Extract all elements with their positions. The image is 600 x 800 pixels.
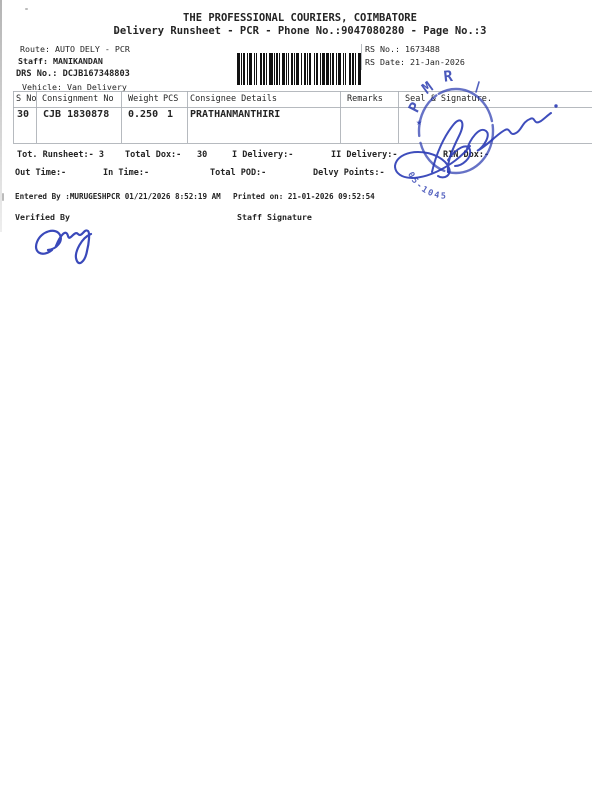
cell-weight: 0.250 — [128, 110, 158, 120]
delvy-points: Delvy Points:- — [313, 169, 385, 178]
staff-line: Staff: MANIKANDAN — [18, 57, 103, 65]
rs-divider — [361, 44, 362, 70]
cell-pcs: 1 — [167, 110, 173, 120]
in-time: In Time:- — [103, 169, 149, 178]
page-subtitle: Delivery Runsheet - PCR - Phone No.:9047… — [0, 26, 600, 37]
scan-speck — [25, 8, 28, 10]
cell-consignee: PRATHANMANTHIRI — [190, 110, 280, 120]
table-column-border — [13, 91, 14, 143]
col-header-weight: Weight — [128, 95, 159, 104]
barcode — [237, 53, 361, 85]
total-runsheet: Tot. Runsheet:- 3 — [17, 151, 104, 160]
rs-date-line: RS Date: 21-Jan-2026 — [365, 58, 465, 66]
out-time: Out Time:- — [15, 169, 66, 178]
star-icon: ★ — [416, 117, 422, 128]
route-line: Route: AUTO DELY - PCR — [20, 45, 130, 53]
col-header-consignment: Consignment No — [42, 95, 114, 104]
table-column-border — [187, 91, 188, 143]
cell-consignment: CJB 1830878 — [43, 110, 109, 120]
rs-no-line: RS No.: 1673488 — [365, 45, 440, 53]
stamp-top-text: PMR — [405, 66, 466, 116]
total-dox-label: Total Dox:- — [125, 151, 181, 160]
ii-delivery: II Delivery:- — [331, 151, 398, 160]
table-column-border — [340, 91, 341, 143]
table-column-border — [121, 91, 122, 143]
courier-stamp: PMR 05-1045 ★ — [393, 78, 563, 190]
total-dox-value: 30 — [197, 151, 207, 160]
entered-by: Entered By :MURUGESHPCR 01/21/2026 8:52:… — [15, 193, 221, 201]
total-pod: Total POD:- — [210, 169, 266, 178]
drs-no-line: DRS No.: DCJB167348803 — [16, 70, 130, 79]
i-delivery: I Delivery:- — [232, 151, 293, 160]
col-header-consignee: Consignee Details — [190, 95, 277, 104]
page-title: THE PROFESSIONAL COURIERS, COIMBATORE — [0, 13, 600, 24]
col-header-pcs: PCS — [163, 95, 178, 104]
col-header-sno: S No — [16, 95, 36, 104]
col-header-remarks: Remarks — [347, 95, 383, 104]
cell-sno: 30 — [17, 110, 29, 120]
pen-tick-mark — [476, 82, 479, 92]
scan-speck — [2, 193, 4, 201]
staff-signature-label: Staff Signature — [237, 213, 312, 221]
runsheet-document: THE PROFESSIONAL COURIERS, COIMBATORE De… — [0, 0, 600, 800]
verified-by-signature — [25, 215, 115, 275]
printed-on: Printed on: 21-01-2026 09:52:54 — [233, 193, 375, 201]
